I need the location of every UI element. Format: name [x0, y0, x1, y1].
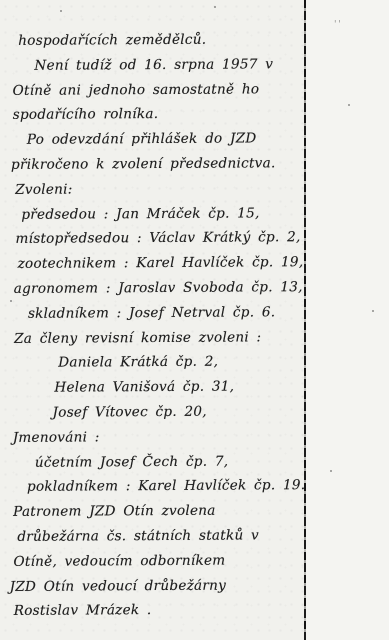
paper-speck: [214, 6, 216, 8]
handwritten-line: předsedou : Jan Mráček čp. 15,: [21, 201, 305, 228]
handwritten-line: Otíně, vedoucím odborníkem: [13, 548, 307, 575]
handwritten-line: pokladníkem : Karel Havlíček čp. 19.: [27, 473, 307, 500]
page-edge-line: [304, 0, 306, 640]
paper-speck: [348, 104, 350, 106]
handwritten-line: hospodařících zemědělců.: [18, 27, 304, 54]
handwritten-line: Jmenováni :: [13, 424, 307, 451]
paper-speck: [60, 10, 62, 12]
handwritten-text-block: hospodařících zemědělců. Není tudíž od 1…: [10, 27, 308, 624]
handwritten-line: drůbežárna čs. státních statků v: [17, 523, 307, 550]
handwritten-line: agronomem : Jaroslav Svoboda čp. 13,: [14, 275, 306, 302]
handwritten-line: zootechnikem : Karel Havlíček čp. 19,: [18, 250, 306, 277]
scanned-chronicle-page: hospodařících zemědělců. Není tudíž od 1…: [0, 0, 389, 640]
paper-speck: [10, 300, 12, 302]
handwritten-line: Otíně ani jednoho samostatně ho: [12, 77, 304, 104]
paper-speck: [372, 310, 374, 312]
handwritten-line: Helena Vanišová čp. 31,: [54, 374, 306, 400]
facing-page-margin: [306, 0, 389, 640]
handwritten-line: Rostislav Mrázek .: [14, 597, 308, 624]
handwritten-line: spodařícího rolníka.: [13, 101, 305, 128]
handwritten-line: Za členy revisní komise zvoleni :: [14, 325, 306, 352]
handwritten-line: Po odevzdání přihlášek do JZD: [27, 126, 305, 152]
handwritten-line: skladníkem : Josef Netrval čp. 6.: [28, 300, 306, 326]
handwritten-line: účetním Josef Čech čp. 7,: [35, 449, 307, 475]
handwritten-line: Daniela Krátká čp. 2,: [58, 349, 306, 375]
handwritten-line: JZD Otín vedoucí drůbežárny: [10, 573, 308, 600]
paper-speck: [330, 470, 332, 472]
handwritten-line: místopředsedou : Václav Krátký čp. 2,: [15, 225, 305, 252]
handwritten-line: Zvoleni:: [15, 176, 305, 203]
ink-smudge: ' ': [334, 20, 341, 30]
handwritten-line: přikročeno k zvolení předsednictva.: [11, 151, 305, 178]
handwritten-line: Patronem JZD Otín zvolena: [13, 498, 307, 525]
handwritten-line: Josef Vítovec čp. 20,: [52, 399, 306, 425]
handwritten-line: Není tudíž od 16. srpna 1957 v: [34, 52, 304, 78]
